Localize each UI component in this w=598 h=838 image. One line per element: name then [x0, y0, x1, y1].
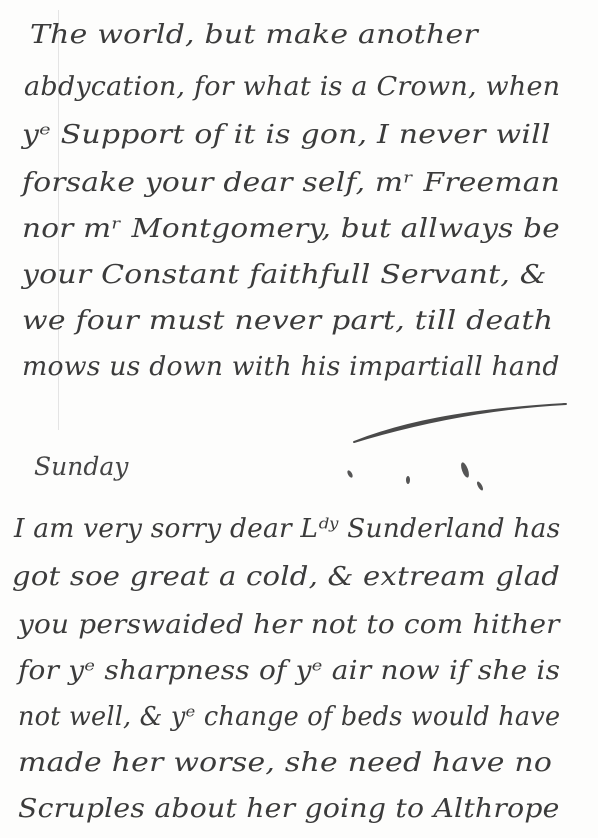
text-line: Scruples about her going to Althrope	[18, 794, 560, 824]
text-line: not well, & yᵉ change of beds would have	[18, 702, 560, 732]
text-line: yᵉ Support of it is gon, I never will	[22, 120, 551, 150]
text-line: abdycation, for what is a Crown, when	[24, 72, 560, 102]
text-line: for yᵉ sharpness of yᵉ air now if she is	[18, 656, 560, 686]
text-line: mows us down with his impartiall hand	[22, 352, 560, 382]
text-line: you perswaided her not to com hither	[18, 610, 560, 640]
text-line: your Constant faithfull Servant, &	[22, 260, 547, 290]
ink-spots-icon	[340, 460, 510, 500]
manuscript-page: The world, but make another abdycation, …	[0, 0, 598, 838]
text-line: forsake your dear self, mʳ Freeman	[22, 168, 560, 198]
text-line: we four must never part, till death	[22, 306, 553, 336]
text-line: made her worse, she need have no	[18, 748, 552, 778]
text-line: nor mʳ Montgomery, but allways be	[22, 214, 560, 244]
text-line: got soe great a cold, & extream glad	[12, 562, 560, 592]
section-heading: Sunday	[34, 452, 128, 481]
text-line: The world, but make another	[30, 20, 478, 50]
text-line: I am very sorry dear Lᵈʸ Sunderland has	[14, 514, 560, 544]
flourish-stroke-icon	[350, 398, 570, 448]
